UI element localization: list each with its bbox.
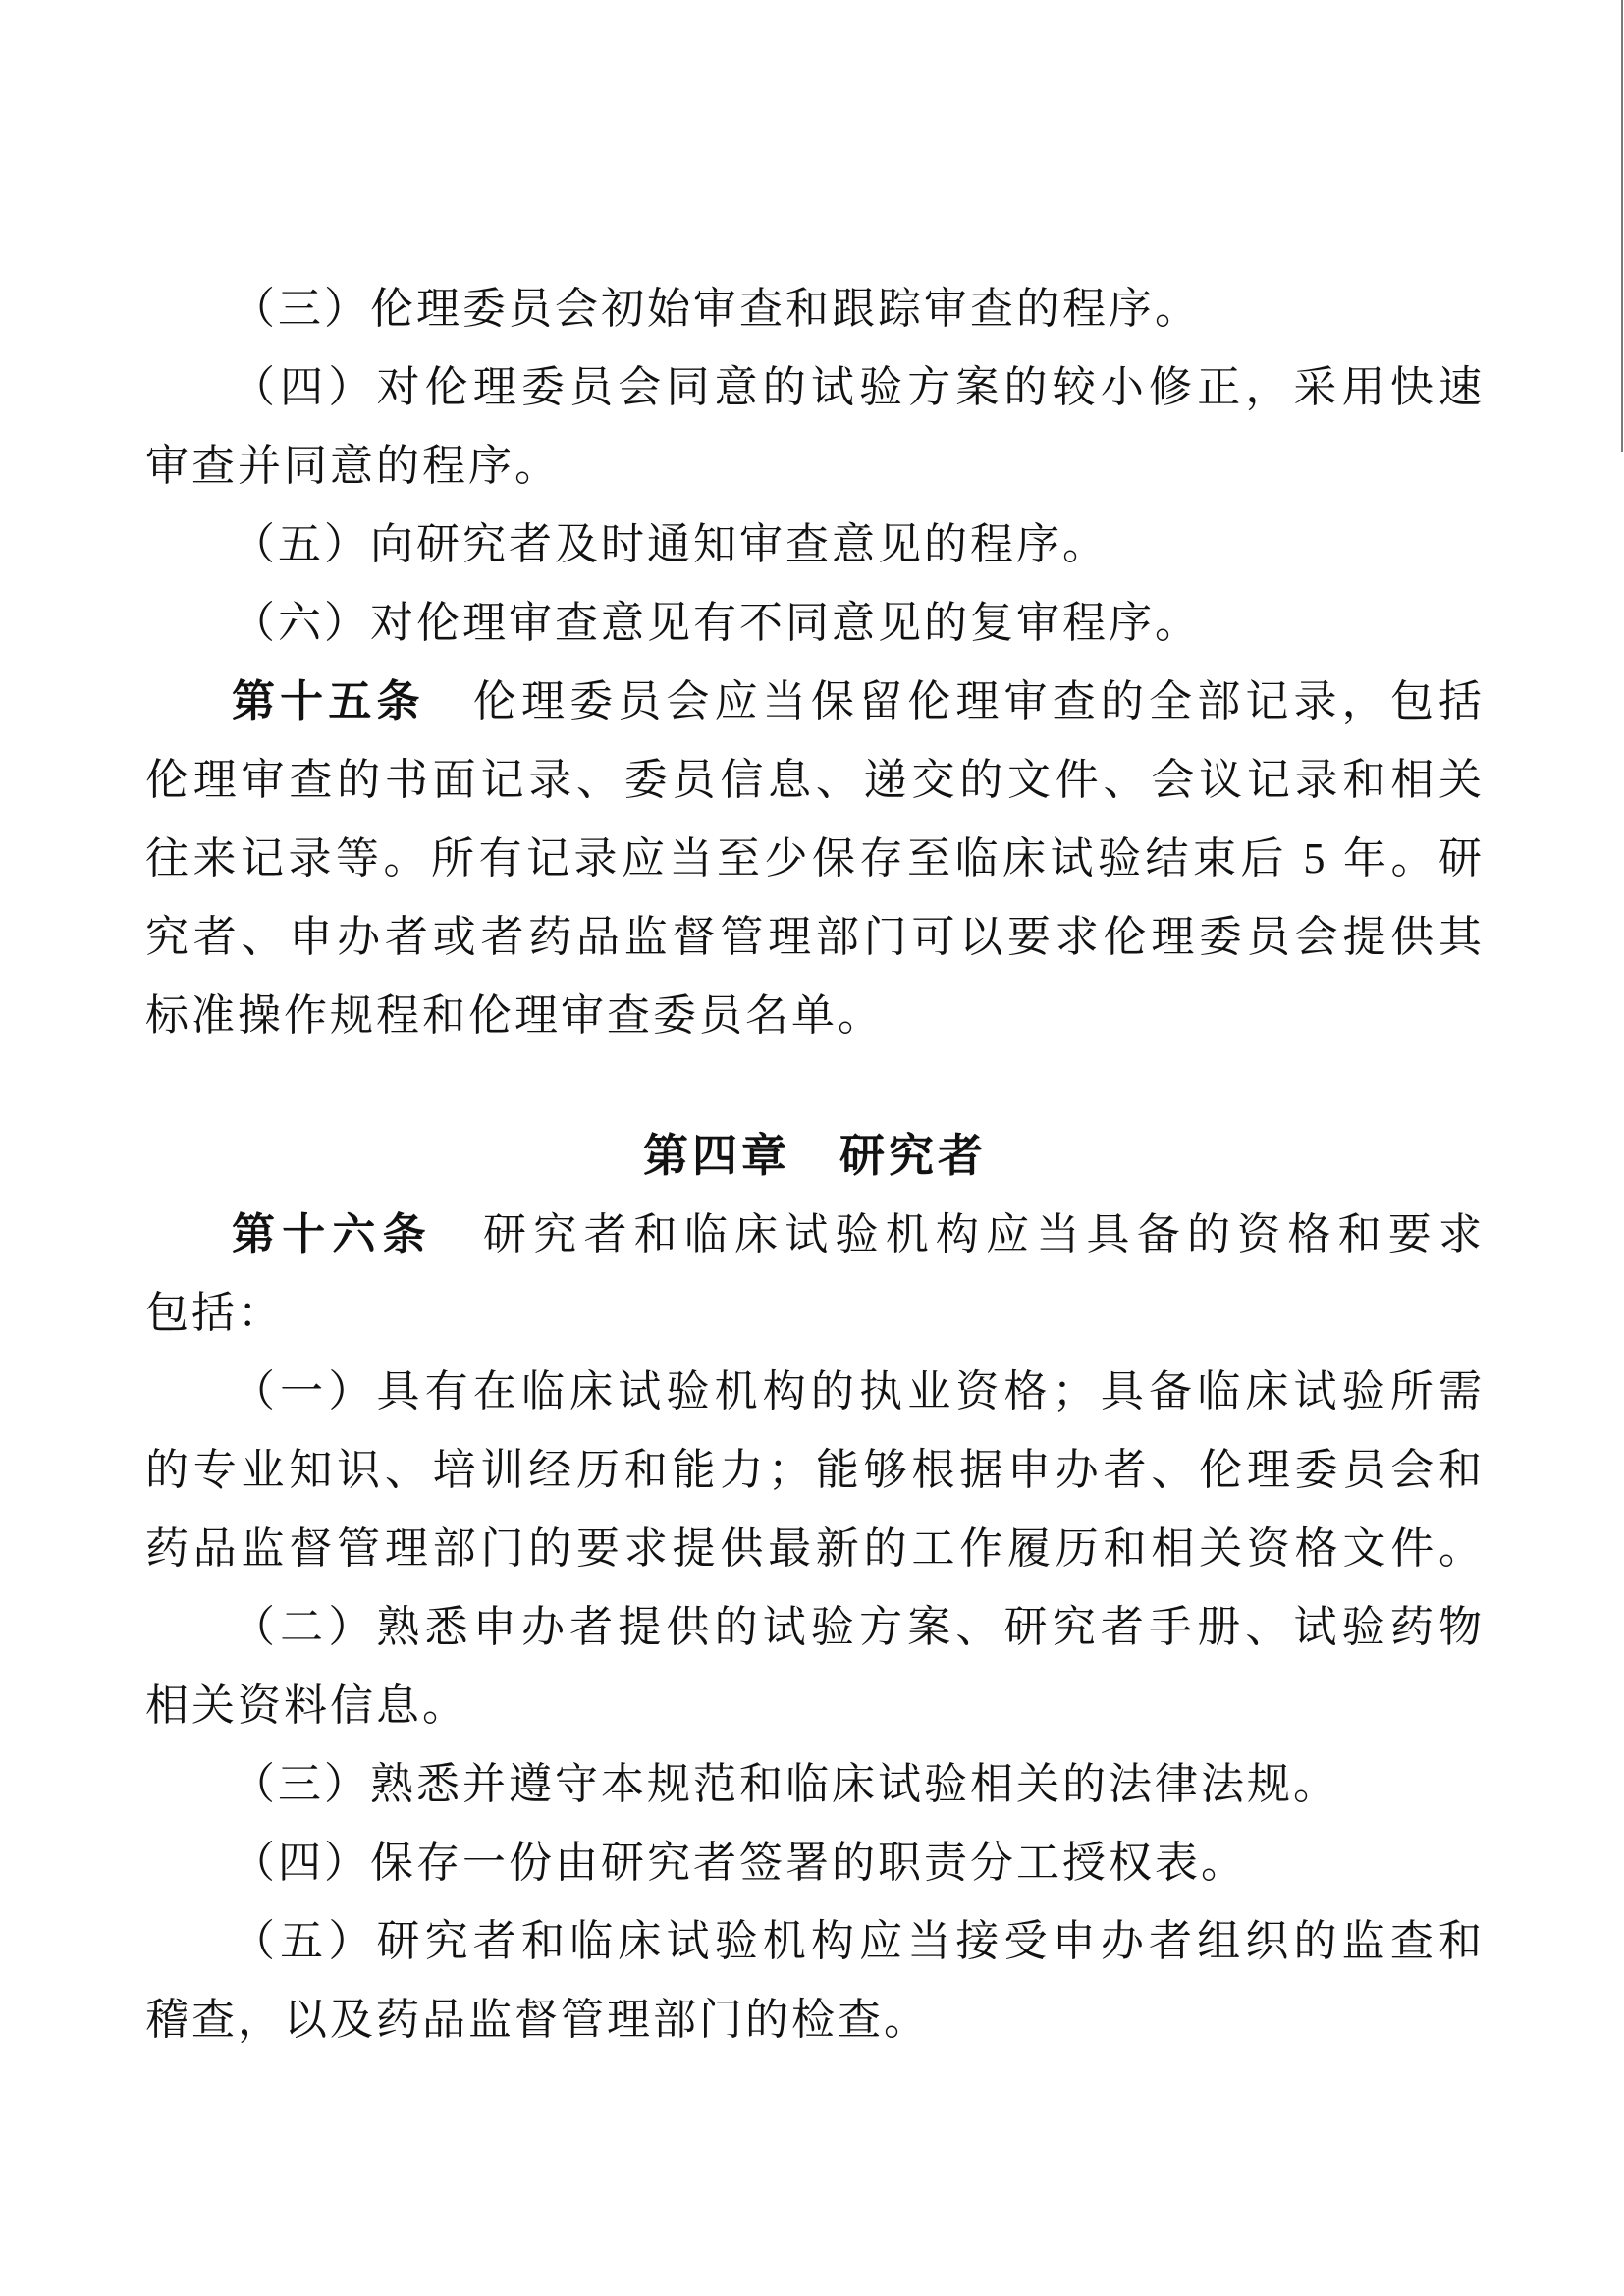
paragraph-line: 往来记录等。所有记录应当至少保存至临床试验结束后 5 年。研	[145, 820, 1485, 898]
article-number: 第十六条	[232, 1210, 433, 1258]
paragraph-line: 稽查，以及药品监督管理部门的检查。	[145, 1981, 1485, 2059]
paragraph-line: （二）熟悉申办者提供的试验方案、研究者手册、试验药物	[145, 1588, 1485, 1667]
paragraph-line: 审查并同意的程序。	[145, 427, 1485, 506]
paragraph-line: 药品监督管理部门的要求提供最新的工作履历和相关资格文件。	[145, 1510, 1485, 1588]
paragraph-line: 相关资料信息。	[145, 1667, 1485, 1745]
paragraph-line: （一）具有在临床试验机构的执业资格；具备临床试验所需	[145, 1353, 1485, 1431]
article-line: 第十六条 研究者和临床试验机构应当具备的资格和要求	[145, 1196, 1485, 1274]
paragraph-line: 包括：	[145, 1274, 1485, 1353]
article-line: 第十五条 伦理委员会应当保留伦理审查的全部记录，包括	[145, 663, 1485, 741]
scan-edge-artifact	[1621, 0, 1623, 452]
paragraph-line: （五）研究者和临床试验机构应当接受申办者组织的监查和	[145, 1902, 1485, 1981]
document-page: （三）伦理委员会初始审查和跟踪审查的程序。 （四）对伦理委员会同意的试验方案的较…	[0, 0, 1624, 2296]
paragraph-line: （四）对伦理委员会同意的试验方案的较小修正，采用快速	[145, 348, 1485, 427]
paragraph-line: 的专业知识、培训经历和能力；能够根据申办者、伦理委员会和	[145, 1431, 1485, 1510]
paragraph-line: （三）熟悉并遵守本规范和临床试验相关的法律法规。	[145, 1745, 1485, 1824]
paragraph-line: 究者、申办者或者药品监督管理部门可以要求伦理委员会提供其	[145, 898, 1485, 977]
paragraph-line: （四）保存一份由研究者签署的职责分工授权表。	[145, 1824, 1485, 1902]
paragraph-line: （五）向研究者及时通知审查意见的程序。	[145, 506, 1485, 584]
article-body-text: 伦理委员会应当保留伦理审查的全部记录，包括	[425, 677, 1485, 725]
paragraph-line: 标准操作规程和伦理审查委员名单。	[145, 977, 1485, 1055]
paragraph-line: 伦理审查的书面记录、委员信息、递交的文件、会议记录和相关	[145, 741, 1485, 820]
article-body-text: 研究者和临床试验机构应当具备的资格和要求	[433, 1210, 1485, 1258]
paragraph-line: （六）对伦理审查意见有不同意见的复审程序。	[145, 584, 1485, 663]
chapter-heading: 第四章 研究者	[145, 1117, 1485, 1196]
paragraph-line: （三）伦理委员会初始审查和跟踪审查的程序。	[145, 270, 1485, 348]
article-number: 第十五条	[232, 677, 425, 725]
document-content: （三）伦理委员会初始审查和跟踪审查的程序。 （四）对伦理委员会同意的试验方案的较…	[145, 270, 1485, 2059]
